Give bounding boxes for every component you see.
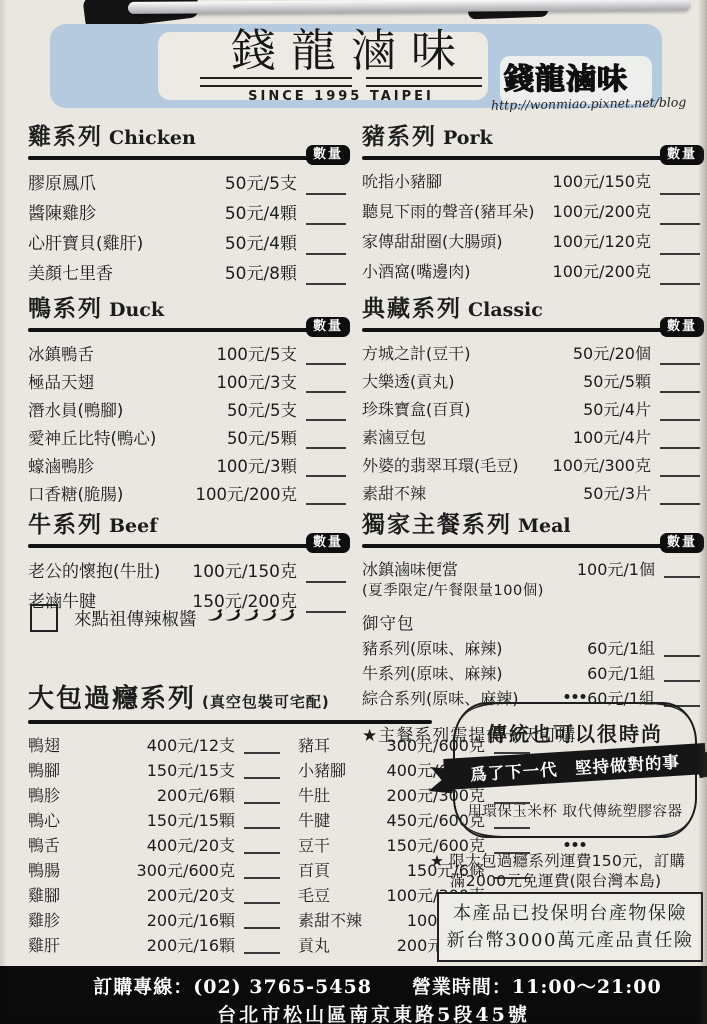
- menu-item-row: 鴨翅400元/12支: [28, 733, 280, 758]
- quantity-blank: [306, 391, 346, 393]
- section-title-en: Pork: [443, 127, 493, 149]
- badge-subline: 用環保玉米杯 取代傳統塑膠容器: [448, 800, 702, 821]
- item-name: 小豬腳: [298, 758, 346, 781]
- menu-item-row: 膠原鳳爪50元/5支: [28, 169, 346, 199]
- quantity-blank: [660, 447, 700, 449]
- item-price: 50元/5支: [225, 169, 297, 194]
- item-name: 美顏七里香: [28, 259, 113, 284]
- shipping-note: ★ 限大包過癮系列運費150元，訂購 滿2000元免運費(限台灣本島): [430, 851, 707, 891]
- quantity-blank: [306, 581, 346, 583]
- quantity-blank: [660, 253, 700, 255]
- menu-item-row: 極品天翅100元/3支: [28, 369, 346, 397]
- menu-item-row: 珍珠寶盒(百頁)50元/4片: [362, 397, 700, 425]
- item-name: 冰鎮滷味便當: [362, 557, 458, 580]
- quantity-blank: [244, 777, 280, 779]
- menu-item-row: 素滷豆包100元/4片: [362, 425, 700, 453]
- menu-item-row: 雞胗200元/16顆: [28, 908, 280, 933]
- item-name: 雞腳: [28, 883, 60, 906]
- menu-item-row: 口香糖(脆腸)100元/200克: [28, 481, 346, 509]
- quantity-blank: [306, 503, 346, 505]
- item-price: 50元/20個: [573, 341, 651, 364]
- menu-item-row: 方城之計(豆干)50元/20個: [362, 341, 700, 369]
- menu-item-row: 小酒窩(嘴邊肉)100元/200克: [362, 259, 700, 289]
- item-price: 150元/15支: [147, 758, 235, 781]
- item-price: 100元/3支: [216, 369, 297, 393]
- section-divider: 數量: [362, 544, 700, 548]
- section-pork: 豬系列Pork 數量 吮指小豬腳100元/150克聽見下雨的聲音(豬耳朵)100…: [362, 118, 700, 289]
- section-divider: [28, 720, 432, 724]
- menu-item-row: 蠔滷鴨胗100元/3顆: [28, 453, 346, 481]
- quantity-blank: [306, 193, 346, 195]
- quantity-blank: [306, 253, 346, 255]
- item-name: 鴨翅: [28, 733, 60, 756]
- section-title-zh: 雞系列: [28, 123, 103, 150]
- menu-item-row: 聽見下雨的聲音(豬耳朵)100元/200克: [362, 199, 700, 229]
- section-header: 雞系列Chicken: [28, 118, 346, 151]
- section-divider: 數量: [28, 156, 346, 160]
- item-price: 100元/1個: [577, 557, 655, 580]
- quantity-badge: 數量: [660, 533, 704, 553]
- item-price: 400元/12支: [147, 733, 235, 756]
- item-name: 吮指小豬腳: [362, 169, 442, 192]
- item-name: 老公的懷抱(牛肚): [28, 557, 160, 582]
- item-price: 400元/20支: [147, 833, 235, 856]
- blog-url: http://wonmiao.pixnet.net/blog: [491, 94, 687, 112]
- item-price: 150元/15顆: [147, 808, 235, 831]
- item-price: 100元/4片: [573, 425, 651, 448]
- section-title-en: Classic: [468, 299, 543, 321]
- item-name: 雞胗: [28, 908, 60, 931]
- since-tagline: SINCE 1995 TAIPEI: [200, 89, 482, 104]
- dots-ornament-top: [565, 694, 586, 699]
- item-name: 豬系列(原味、麻辣): [362, 636, 503, 659]
- quantity-blank: [660, 419, 700, 421]
- item-name: 極品天翅: [28, 369, 94, 393]
- menu-item-row: 冰鎮鴨舌100元/5支: [28, 341, 346, 369]
- item-name: 鴨舌: [28, 833, 60, 856]
- item-name: 大樂透(貢丸): [362, 369, 455, 392]
- quantity-badge: 數量: [660, 317, 704, 337]
- item-name: 聽見下雨的聲音(豬耳朵): [362, 199, 535, 222]
- menu-item-row: 鴨腳150元/15支: [28, 758, 280, 783]
- item-price: 50元/8顆: [225, 259, 297, 284]
- item-price: 100元/120克: [553, 229, 651, 252]
- quantity-blank: [244, 852, 280, 854]
- omamori-group-label: 御守包: [362, 610, 700, 634]
- clipboard-bar: [128, 0, 690, 14]
- item-price: 200元/16顆: [147, 908, 235, 931]
- badge-headline: 傳統也可以很時尚: [448, 718, 702, 747]
- quantity-blank: [306, 363, 346, 365]
- quantity-blank: [244, 877, 280, 879]
- item-price: 300元/600克: [137, 858, 235, 881]
- insurance-line1: 本產品已投保明台產物保險: [441, 900, 699, 927]
- item-name: 方城之計(豆干): [362, 341, 471, 364]
- item-name: 鴨腳: [28, 758, 60, 781]
- item-price: 50元/5顆: [227, 425, 297, 449]
- spicy-sauce-checkbox: [30, 604, 58, 632]
- section-header: 鴨系列Duck: [28, 290, 346, 323]
- title-underline-right: [366, 77, 482, 87]
- section-title-zh: 豬系列: [362, 123, 437, 150]
- item-name: 素甜不辣: [298, 908, 362, 931]
- item-price: 50元/4顆: [225, 229, 297, 254]
- quantity-blank: [244, 752, 280, 754]
- chili-icon: [242, 607, 259, 628]
- item-name: 愛神丘比特(鴨心): [28, 425, 156, 449]
- item-price: 100元/150克: [192, 557, 297, 582]
- quantity-blank: [306, 419, 346, 421]
- item-price: 50元/5支: [227, 397, 297, 421]
- item-name: 豆干: [298, 833, 330, 856]
- item-price: 100元/300克: [553, 453, 651, 476]
- quantity-blank: [306, 283, 346, 285]
- item-price: 100元/200克: [195, 481, 297, 505]
- footer-phone-hours: 訂購專線：(02) 3765-5458 營業時間：11:00～21:00: [0, 966, 707, 999]
- footer-bar: 訂購專線：(02) 3765-5458 營業時間：11:00～21:00 台北市…: [0, 966, 707, 1024]
- menu-item-row: 豬系列(原味、麻辣)60元/1組: [362, 636, 700, 661]
- item-price: 200元/16顆: [147, 933, 235, 956]
- section-title-zh: 大包過癮系列: [28, 684, 196, 714]
- item-price: 50元/3片: [583, 481, 651, 504]
- section-title-en: Chicken: [109, 127, 196, 149]
- insurance-line2: 新台幣3000萬元產品責任險: [441, 927, 699, 954]
- quantity-blank: [244, 902, 280, 904]
- shipping-note-line2: 滿2000元免運費(限台灣本島): [430, 871, 707, 891]
- quantity-blank: [306, 475, 346, 477]
- quantity-badge: 數量: [306, 317, 350, 337]
- section-title-zh: 牛系列: [28, 511, 103, 538]
- quantity-blank: [244, 927, 280, 929]
- item-name: 鴨胗: [28, 783, 60, 806]
- item-price: 50元/4片: [583, 397, 651, 420]
- section-title-en: Meal: [518, 515, 571, 537]
- section-header: 典藏系列Classic: [362, 290, 700, 323]
- eco-badge: 傳統也可以很時尚 爲了下一代 堅持做對的事 用環保玉米杯 取代傳統塑膠容器: [448, 694, 702, 846]
- section-title-zh: 獨家主餐系列: [362, 511, 512, 538]
- section-title-zh: 鴨系列: [28, 295, 103, 322]
- item-price: 200元/20支: [147, 883, 235, 906]
- section-divider: 數量: [362, 156, 700, 160]
- bento-note: (夏季限定/午餐限量100個): [362, 579, 700, 600]
- item-price: 100元/150克: [553, 169, 651, 192]
- menu-item-row: 愛神丘比特(鴨心)50元/5顆: [28, 425, 346, 453]
- chili-icon: [260, 607, 277, 628]
- item-name: 小酒窩(嘴邊肉): [362, 259, 471, 282]
- section-header: 豬系列Pork: [362, 118, 700, 151]
- item-name: 毛豆: [298, 883, 330, 906]
- item-price: 50元/5顆: [583, 369, 651, 392]
- menu-item-row: 美顏七里香50元/8顆: [28, 259, 346, 289]
- quantity-blank: [660, 475, 700, 477]
- item-name: 膠原鳳爪: [28, 169, 96, 194]
- title-underline-left: [200, 77, 352, 87]
- item-name: 素甜不辣: [362, 481, 426, 504]
- quantity-blank: [660, 193, 700, 195]
- quantity-blank: [660, 363, 700, 365]
- section-duck: 鴨系列Duck 數量 冰鎮鴨舌100元/5支極品天翅100元/3支潛水員(鴨腳)…: [28, 290, 346, 509]
- dots-ornament-bottom: [565, 842, 586, 847]
- item-price: 50元/4顆: [225, 199, 297, 224]
- section-divider: 數量: [28, 544, 346, 548]
- item-name: 牛肚: [298, 783, 330, 806]
- section-classic: 典藏系列Classic 數量 方城之計(豆干)50元/20個大樂透(貢丸)50元…: [362, 290, 700, 509]
- section-title-zh: 典藏系列: [362, 295, 462, 322]
- item-price: 100元/5支: [216, 341, 297, 365]
- item-price: 60元/1組: [587, 661, 655, 684]
- quantity-blank: [244, 827, 280, 829]
- item-name: 冰鎮鴨舌: [28, 341, 94, 365]
- quantity-blank: [664, 576, 700, 578]
- menu-item-row: 家傳甜甜圈(大腸頭)100元/120克: [362, 229, 700, 259]
- item-name: 家傳甜甜圈(大腸頭): [362, 229, 503, 252]
- insurance-box: 本產品已投保明台產物保險 新台幣3000萬元產品責任險: [437, 892, 703, 962]
- item-name: 心肝寶貝(雞肝): [28, 229, 143, 254]
- item-name: 鴨心: [28, 808, 60, 831]
- menu-item-row: 老公的懷抱(牛肚)100元/150克: [28, 557, 346, 587]
- item-name: 醬陳雞胗: [28, 199, 96, 224]
- restaurant-title: 錢龍滷味: [140, 14, 552, 79]
- item-price: 100元/3顆: [216, 453, 297, 477]
- quantity-badge: 數量: [306, 145, 350, 165]
- quantity-blank: [660, 503, 700, 505]
- item-name: 素滷豆包: [362, 425, 426, 448]
- menu-item-row: 鴨胗200元/6顆: [28, 783, 280, 808]
- quantity-blank: [244, 952, 280, 954]
- chili-icon: [278, 607, 295, 628]
- footer-address: 台北市松山區南京東路5段45號: [0, 1000, 707, 1024]
- quantity-blank: [244, 802, 280, 804]
- menu-item-row: 心肝寶貝(雞肝)50元/4顆: [28, 229, 346, 259]
- item-name: 百頁: [298, 858, 330, 881]
- item-name: 牛腱: [298, 808, 330, 831]
- menu-item-row: 醬陳雞胗50元/4顆: [28, 199, 346, 229]
- quantity-blank: [306, 611, 346, 613]
- section-beef: 牛系列Beef 數量 老公的懷抱(牛肚)100元/150克老滷牛腱150元/20…: [28, 506, 346, 666]
- quantity-badge: 數量: [660, 145, 704, 165]
- item-price: 60元/1組: [587, 636, 655, 659]
- chili-icons: [207, 608, 297, 628]
- menu-item-row: 鴨腸300元/600克: [28, 858, 280, 883]
- menu-item-row: 雞腳200元/20支: [28, 883, 280, 908]
- item-name: 珍珠寶盒(百頁): [362, 397, 471, 420]
- quantity-badge: 數量: [306, 533, 350, 553]
- section-divider: 數量: [362, 328, 700, 332]
- quantity-blank: [660, 391, 700, 393]
- item-name: 貢丸: [298, 933, 330, 956]
- menu-item-row: 潛水員(鴨腳)50元/5支: [28, 397, 346, 425]
- chili-icon: [224, 607, 241, 628]
- item-name: 鴨腸: [28, 858, 60, 881]
- section-subtitle: (真空包裝可宅配): [202, 693, 330, 711]
- item-price: 100元/200克: [553, 199, 651, 222]
- quantity-blank: [660, 283, 700, 285]
- section-title-en: Beef: [109, 515, 157, 537]
- quantity-blank: [664, 655, 700, 657]
- menu-item-row: 素甜不辣50元/3片: [362, 481, 700, 509]
- quantity-blank: [660, 223, 700, 225]
- quantity-blank: [306, 223, 346, 225]
- menu-item-row: 外婆的翡翠耳環(毛豆)100元/300克: [362, 453, 700, 481]
- section-title-en: Duck: [109, 299, 164, 321]
- menu-item-row: 鴨心150元/15顆: [28, 808, 280, 833]
- section-chicken: 雞系列Chicken 數量 膠原鳳爪50元/5支醬陳雞胗50元/4顆心肝寶貝(雞…: [28, 118, 346, 289]
- quantity-blank: [306, 447, 346, 449]
- section-divider: 數量: [28, 328, 346, 332]
- section-header: 牛系列Beef: [28, 506, 346, 539]
- item-price: 100元/200克: [553, 259, 651, 282]
- item-name: 豬耳: [298, 733, 330, 756]
- shipping-note-line1: ★ 限大包過癮系列運費150元，訂購: [430, 852, 685, 870]
- menu-page: 錢龍滷味 SINCE 1995 TAIPEI 錢龍滷味 http://wonmi…: [0, 0, 707, 1024]
- item-name: 潛水員(鴨腳): [28, 397, 123, 421]
- menu-item-row: 吮指小豬腳100元/150克: [362, 169, 700, 199]
- item-name: 口香糖(脆腸): [28, 481, 123, 505]
- menu-item-row: 大樂透(貢丸)50元/5顆: [362, 369, 700, 397]
- spicy-sauce-option: 來點祖傳辣椒醬: [30, 604, 297, 632]
- section-header: 獨家主餐系列Meal: [362, 506, 700, 539]
- item-price: 200元/6顆: [157, 783, 235, 806]
- item-name: 雞肝: [28, 933, 60, 956]
- menu-item-row: 雞肝200元/16顆: [28, 933, 280, 958]
- item-name: 外婆的翡翠耳環(毛豆): [362, 453, 519, 476]
- brand-logo: 錢龍滷味: [504, 54, 628, 98]
- menu-item-row: 鴨舌400元/20支: [28, 833, 280, 858]
- item-name: 蠔滷鴨胗: [28, 453, 94, 477]
- chili-icon: [206, 607, 223, 628]
- quantity-blank: [664, 680, 700, 682]
- spicy-sauce-label: 來點祖傳辣椒醬: [74, 606, 197, 631]
